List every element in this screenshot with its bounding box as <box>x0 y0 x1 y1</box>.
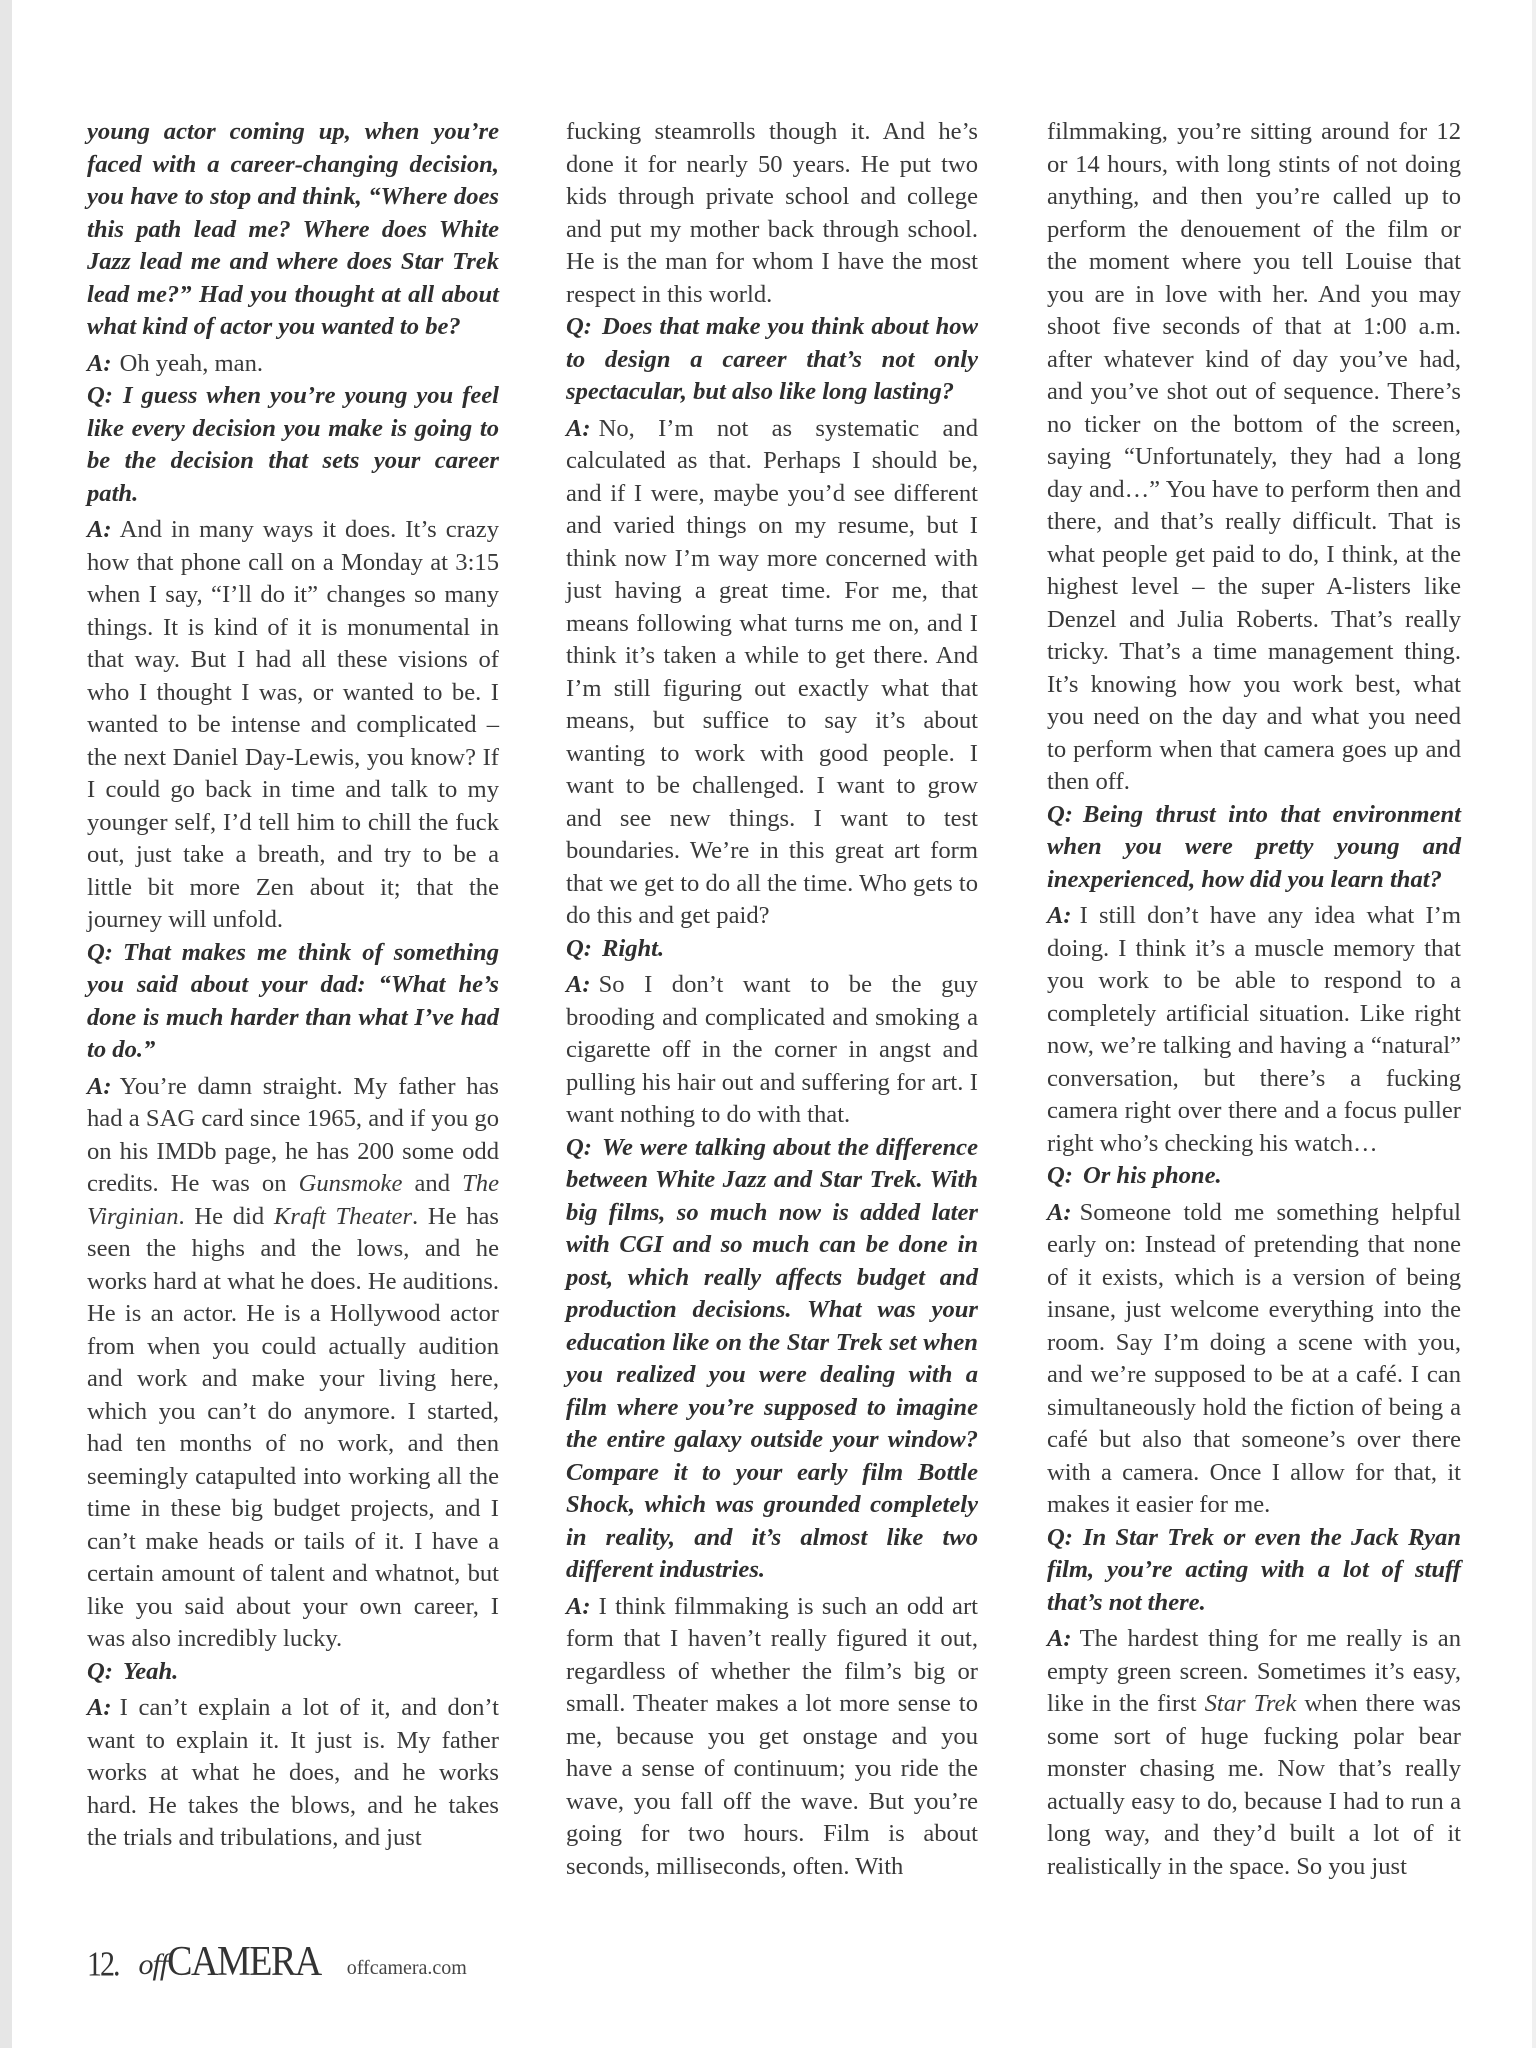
paragraph-text: We were talking about the difference bet… <box>566 1134 978 1584</box>
paragraph-text: So I don’t want to be the guy brooding a… <box>566 971 978 1128</box>
page-footer: 12. off CAMERA offcamera.com <box>87 1940 467 1990</box>
paragraph-text: In Star Trek or even the Jack Ryan film,… <box>1047 1524 1461 1616</box>
work-title: Gunsmoke <box>299 1170 403 1197</box>
answer-label: A: <box>87 516 112 543</box>
paragraph-text: Or his phone. <box>1083 1162 1222 1189</box>
paragraph-text: . He has seen the highs and the lows, an… <box>87 1203 499 1653</box>
interview-question: Q:Does that make you think about how to … <box>566 311 978 409</box>
answer-label: A: <box>87 1694 112 1721</box>
question-label: Q: <box>566 313 592 340</box>
logo-prefix: off <box>139 1948 168 1982</box>
paragraph-text: I think filmmaking is such an odd art fo… <box>566 1593 978 1880</box>
interview-answer: A:I think filmmaking is such an odd art … <box>566 1591 978 1884</box>
answer-label: A: <box>1047 1625 1072 1652</box>
answer-label: A: <box>1047 1199 1072 1226</box>
article-column-2: fucking steamrolls though it. And he’s d… <box>566 116 978 1883</box>
interview-answer: A:No, I’m not as systematic and calculat… <box>566 413 978 933</box>
interview-answer: A:I can’t explain a lot of it, and don’t… <box>87 1692 499 1855</box>
interview-question: Q:That makes me think of something you s… <box>87 937 499 1067</box>
paragraph-text: . He did <box>179 1203 274 1230</box>
interview-answer: A:So I don’t want to be the guy brooding… <box>566 969 978 1132</box>
answer-label: A: <box>87 350 112 377</box>
interview-answer: A:I still don’t have any idea what I’m d… <box>1047 900 1461 1160</box>
answer-label: A: <box>566 971 591 998</box>
interview-answer: A:Someone told me something helpful earl… <box>1047 1197 1461 1522</box>
paragraph-text: and <box>402 1170 462 1197</box>
answer-label: A: <box>566 415 591 442</box>
interview-answer: A:Oh yeah, man. <box>87 348 499 381</box>
page-number: 12. <box>87 1945 119 1984</box>
answer-label: A: <box>87 1073 112 1100</box>
question-label: Q: <box>1047 801 1073 828</box>
interview-answer: filmmaking, you’re sitting around for 12… <box>1047 116 1461 799</box>
interview-answer: A:And in many ways it does. It’s crazy h… <box>87 514 499 937</box>
question-label: Q: <box>1047 1162 1073 1189</box>
paragraph-text: filmmaking, you’re sitting around for 12… <box>1047 118 1461 795</box>
answer-label: A: <box>1047 902 1072 929</box>
paragraph-text: No, I’m not as systematic and calculated… <box>566 415 978 930</box>
interview-answer: A:You’re damn straight. My father has ha… <box>87 1071 499 1656</box>
website-link[interactable]: offcamera.com <box>347 1957 467 1980</box>
interview-question: Q:In Star Trek or even the Jack Ryan fil… <box>1047 1522 1461 1620</box>
answer-label: A: <box>566 1593 591 1620</box>
interview-question: Q:Being thrust into that environment whe… <box>1047 799 1461 897</box>
question-label: Q: <box>87 382 113 409</box>
question-label: Q: <box>87 939 113 966</box>
paragraph-text: And in many ways it does. It’s crazy how… <box>87 516 499 933</box>
interview-question: Q:Or his phone. <box>1047 1160 1461 1193</box>
question-label: Q: <box>1047 1524 1073 1551</box>
interview-question: Q:Yeah. <box>87 1656 499 1689</box>
paragraph-text: Yeah. <box>123 1658 178 1685</box>
interview-question: Q:Right. <box>566 933 978 966</box>
question-label: Q: <box>566 935 592 962</box>
page-gutter-right <box>1532 0 1536 2048</box>
interview-answer: fucking steamrolls though it. And he’s d… <box>566 116 978 311</box>
paragraph-text: young actor coming up, when you’re faced… <box>87 118 499 340</box>
paragraph-text: I still don’t have any idea what I’m doi… <box>1047 902 1461 1157</box>
work-title: Star Trek <box>1205 1690 1297 1717</box>
article-column-3: filmmaking, you’re sitting around for 12… <box>1047 116 1461 1883</box>
page-gutter-left <box>0 0 12 2048</box>
interview-question: young actor coming up, when you’re faced… <box>87 116 499 344</box>
paragraph-text: Does that make you think about how to de… <box>566 313 978 405</box>
paragraph-text: when there was some sort of huge fucking… <box>1047 1690 1461 1880</box>
paragraph-text: I guess when you’re young you feel like … <box>87 382 499 507</box>
paragraph-text: Oh yeah, man. <box>120 350 263 377</box>
paragraph-text: fucking steamrolls though it. And he’s d… <box>566 118 978 308</box>
paragraph-text: Someone told me something helpful early … <box>1047 1199 1461 1519</box>
work-title: Kraft Theater <box>274 1203 412 1230</box>
question-label: Q: <box>87 1658 113 1685</box>
paragraph-text: I can’t explain a lot of it, and don’t w… <box>87 1694 499 1851</box>
paragraph-text: That makes me think of something you sai… <box>87 939 499 1064</box>
paragraph-text: Being thrust into that environment when … <box>1047 801 1461 893</box>
interview-question: Q:I guess when you’re young you feel lik… <box>87 380 499 510</box>
article-column-1: young actor coming up, when you’re faced… <box>87 116 499 1855</box>
logo-main: CAMERA <box>167 1938 321 1986</box>
interview-answer: A:The hardest thing for me really is an … <box>1047 1623 1461 1883</box>
question-label: Q: <box>566 1134 592 1161</box>
offcamera-logo: off CAMERA <box>139 1940 321 1984</box>
paragraph-text: Right. <box>602 935 664 962</box>
interview-question: Q:We were talking about the difference b… <box>566 1132 978 1587</box>
